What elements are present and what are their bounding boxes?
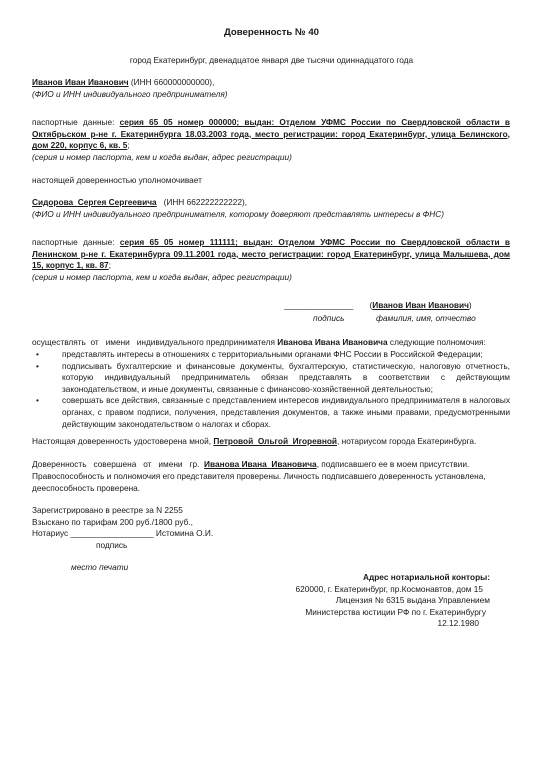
principal-signature: _______________ (Иванов Иван Иванович) [284, 300, 514, 312]
principal-passport-label: паспортные данные: [32, 117, 120, 127]
principal-line: Иванов Иван Иванович (ИНН 660000000000), [32, 77, 510, 89]
power-item: •представлять интересы в отношениях с те… [32, 349, 510, 361]
office-license-2: Министерства юстиции РФ по г. Екатеринбу… [250, 607, 486, 619]
office-date: 12.12.1980 [250, 618, 479, 630]
registry-line-1: Зарегистрировано в реестре за N 2255 [32, 505, 183, 517]
power-text: подписывать бухгалтерские и финансовые д… [62, 361, 510, 394]
office-address: 620000, г. Екатеринбург, пр.Космонавтов,… [250, 584, 483, 596]
powers-intro-end: следующие полномочия: [388, 337, 486, 347]
office-license-1: Лицензия № 6315 выдана Управлением [250, 595, 490, 607]
power-item: •совершать все действия, связанные с пре… [32, 395, 510, 430]
signature-name: Иванов Иван Иванович [372, 300, 469, 310]
bullet-icon: • [36, 349, 39, 361]
powers-intro-start: осуществлять от имени индивидуального пр… [32, 337, 277, 347]
powers-list: •представлять интересы в отношениях с те… [32, 349, 510, 430]
principal-passport-end: ; [127, 140, 129, 150]
agent-line: Сидорова Сергея Сергеевича (ИНН 66222222… [32, 197, 510, 209]
agent-passport-label: паспортные данные: [32, 237, 120, 247]
power-item: •подписывать бухгалтерские и финансовые … [32, 361, 510, 396]
document-page: Доверенность № 40 город Екатеринбург, дв… [0, 0, 543, 768]
seal-caption: место печати [71, 562, 128, 574]
signature-line: _______________ [284, 300, 353, 310]
agent-caption: (ФИО и ИНН индивидуального предпринимате… [32, 209, 510, 221]
signature-caption: подпись [313, 313, 344, 325]
authorizes-text: настоящей доверенностью уполномочивает [32, 175, 510, 187]
certify-end: , нотариусом города Екатеринбурга. [337, 436, 476, 446]
agent-passport: паспортные данные: серия 65 05 номер 111… [32, 237, 510, 272]
agent-section: Сидорова Сергея Сергеевича (ИНН 66222222… [32, 197, 510, 220]
registry-line-3: Нотариус __________________ Истомина О.И… [32, 528, 213, 540]
bullet-icon: • [36, 361, 39, 373]
principal-passport-caption: (серия и номер паспорта, кем и когда выд… [32, 152, 510, 164]
execution-statement: Доверенность совершена от имени гр. Иван… [32, 459, 510, 471]
name-caption: фамилия, имя, отчество [376, 313, 476, 325]
execution-verification: Правоспособность и полномочия его предст… [32, 471, 502, 494]
powers-intro-name: Иванова Ивана Ивановича [277, 337, 387, 347]
executed-end: , подписавшего ее в моем присутствии. [317, 459, 470, 469]
certify-start: Настоящая доверенность удостоверена мной… [32, 436, 213, 446]
executed-name: Иванова Ивана Ивановича [204, 459, 317, 469]
signature-close: ) [469, 300, 472, 310]
principal-section: Иванов Иван Иванович (ИНН 660000000000),… [32, 77, 510, 100]
executed-start: Доверенность совершена от имени гр. [32, 459, 204, 469]
principal-inn: (ИНН 660000000000), [131, 77, 214, 87]
agent-passport-end: ; [109, 260, 111, 270]
agent-name: Сидорова Сергея Сергеевича [32, 197, 157, 207]
notary-name: Петровой Ольгой Игоревной [213, 436, 337, 446]
agent-inn: (ИНН 662222222222), [157, 197, 247, 207]
power-text: представлять интересы в отношениях с тер… [62, 349, 483, 359]
registry-line-2: Взыскано по тарифам 200 руб./1800 руб., [32, 517, 193, 529]
agent-passport-caption: (серия и номер паспорта, кем и когда выд… [32, 272, 510, 284]
office-heading: Адрес нотариальной конторы: [250, 572, 490, 584]
principal-name: Иванов Иван Иванович [32, 77, 129, 87]
principal-caption: (ФИО и ИНН индивидуального предпринимате… [32, 89, 510, 101]
registry-sign-caption: подпись [96, 540, 127, 552]
document-title: Доверенность № 40 [0, 27, 543, 39]
place-date: город Екатеринбург, двенадцатое января д… [0, 55, 543, 67]
power-text: совершать все действия, связанные с пред… [62, 395, 510, 428]
bullet-icon: • [36, 395, 39, 407]
principal-passport: паспортные данные: серия 65 05 номер 000… [32, 117, 510, 152]
powers-intro: осуществлять от имени индивидуального пр… [32, 337, 510, 349]
notary-certification: Настоящая доверенность удостоверена мной… [32, 436, 510, 448]
